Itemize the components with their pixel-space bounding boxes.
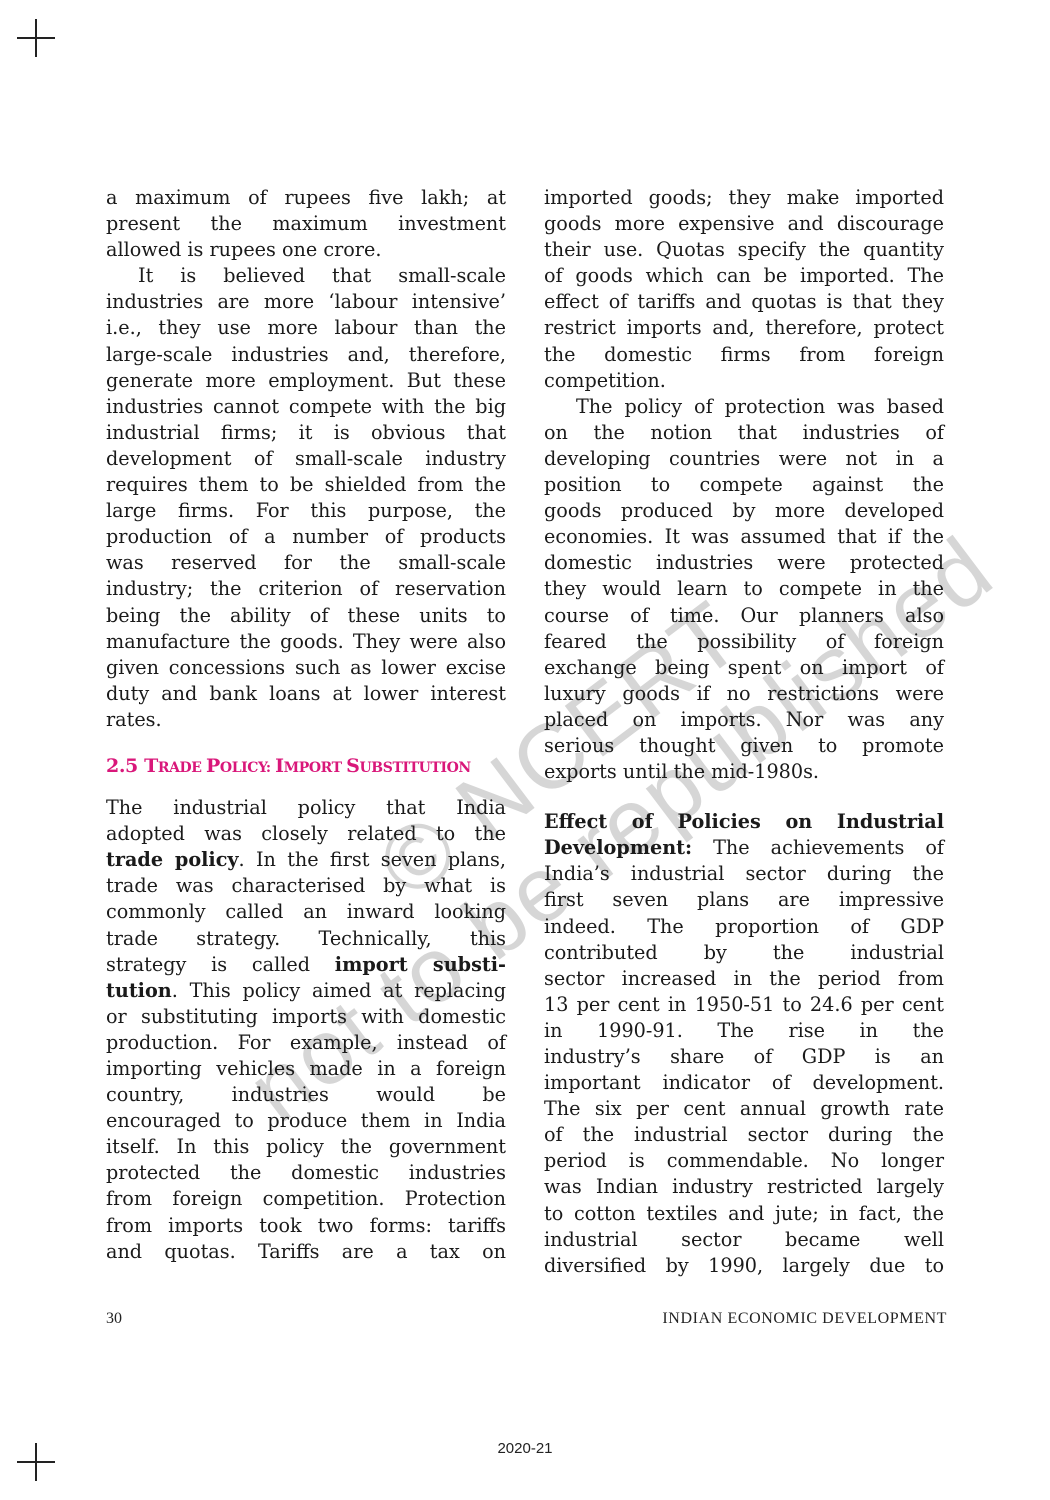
text-line: production of a number of products (106, 524, 506, 550)
paragraph-investment-limit: a maximum of rupees five lakh; at presen… (106, 185, 506, 263)
text-line: domestic industries were protected (544, 550, 944, 576)
heading-smallcaps: UBSTITUTION (360, 760, 471, 776)
text-line: important indicator of development. (544, 1070, 944, 1096)
text-line: The six per cent annual growth rate (544, 1096, 944, 1122)
text-line: generate more employment. But these (106, 368, 506, 394)
text-line: encouraged to produce them in India (106, 1108, 506, 1134)
text-line: Effect of Policies on Industrial (544, 809, 944, 835)
subheading-effect-of-policies: Effect of Policies on Industrial (544, 810, 944, 833)
text-line: requires them to be shielded from the (106, 472, 506, 498)
text-line: serious thought given to promote (544, 733, 944, 759)
text-line: indeed. The proportion of GDP (544, 914, 944, 940)
text-line: was reserved for the small-scale (106, 550, 506, 576)
text-line: goods more expensive and discourage (544, 211, 944, 237)
text-line: India’s industrial sector during the (544, 861, 944, 887)
text-line: exports until the mid-1980s. (544, 759, 944, 785)
text-line: their use. Quotas specify the quantity (544, 237, 944, 263)
text-line: The policy of protection was based (544, 394, 944, 420)
text-line: contributed by the industrial (544, 940, 944, 966)
text-line: present the maximum investment (106, 211, 506, 237)
text-line: industry’s share of GDP is an (544, 1044, 944, 1070)
text-line: and quotas. Tariffs are a tax on (106, 1239, 506, 1265)
text-line: large-scale industries and, therefore, (106, 342, 506, 368)
text-line: industries are more ‘labour intensive’ (106, 289, 506, 315)
text-line: was Indian industry restricted largely (544, 1174, 944, 1200)
text-line: the domestic firms from foreign (544, 342, 944, 368)
text-line: large firms. For this purpose, the (106, 498, 506, 524)
heading-initial: P (206, 755, 220, 777)
text-line: goods produced by more developed (544, 498, 944, 524)
text-line: position to compete against the (544, 472, 944, 498)
heading-initial: I (275, 755, 284, 777)
text-line: rates. (106, 707, 506, 733)
text-line: development of small-scale industry (106, 446, 506, 472)
text-line: a maximum of rupees five lakh; at (106, 185, 506, 211)
text-line: industrial sector became well (544, 1227, 944, 1253)
crop-mark-top-left-icon (17, 19, 55, 57)
text-line: 13 per cent in 1950-51 to 24.6 per cent (544, 992, 944, 1018)
paragraph-small-scale-industries: It is believed that small-scale industri… (106, 263, 506, 733)
text-line: trade strategy. Technically, this (106, 926, 506, 952)
heading-smallcaps: OLICY: (220, 760, 275, 776)
text-line: trade policy. In the first seven plans, (106, 847, 506, 873)
text-line: allowed is rupees one crore. (106, 237, 506, 263)
text-line: duty and bank loans at lower interest (106, 681, 506, 707)
text-line: imported goods; they make imported (544, 185, 944, 211)
text-line: restrict imports and, therefore, protect (544, 315, 944, 341)
text-line: luxury goods if no restrictions were (544, 681, 944, 707)
text-line: trade was characterised by what is (106, 873, 506, 899)
text-line: The industrial policy that India (106, 795, 506, 821)
text-line: placed on imports. Nor was any (544, 707, 944, 733)
text-line: of goods which can be imported. The (544, 263, 944, 289)
text-line: Development: The achievements of (544, 835, 944, 861)
heading-smallcaps: RADE (158, 760, 206, 776)
text-line: period is commendable. No longer (544, 1148, 944, 1174)
paragraph-tariffs-quotas: imported goods; they make imported goods… (544, 185, 944, 394)
text-line: in 1990-91. The rise in the (544, 1018, 944, 1044)
text-line: country, industries would be (106, 1082, 506, 1108)
page-number: 30 (106, 1310, 122, 1328)
text-line: strategy is called import substi- (106, 952, 506, 978)
text-line: sector increased in the period from (544, 966, 944, 992)
paragraph-effect-of-policies: Effect of Policies on Industrial Develop… (544, 809, 944, 1279)
text-line: adopted was closely related to the (106, 821, 506, 847)
paragraph-policy-of-protection: The policy of protection was based on th… (544, 394, 944, 785)
text-line: feared the possibility of foreign (544, 629, 944, 655)
paragraph-gap (544, 785, 944, 809)
text-line: effect of tariffs and quotas is that the… (544, 289, 944, 315)
subheading-development: Development: (544, 836, 692, 859)
running-footer-book-title: INDIAN ECONOMIC DEVELOPMENT (662, 1310, 947, 1328)
text-line: industrial firms; it is obvious that (106, 420, 506, 446)
text-line: It is believed that small-scale (106, 263, 506, 289)
text-line: production. For example, instead of (106, 1030, 506, 1056)
text-line: competition. (544, 368, 944, 394)
text-line: or substituting imports with domestic (106, 1004, 506, 1030)
text-line: industries cannot compete with the big (106, 394, 506, 420)
text-line: on the notion that industries of (544, 420, 944, 446)
heading-initial: T (144, 755, 158, 777)
text-line: itself. In this policy the government (106, 1134, 506, 1160)
text-line: commonly called an inward looking (106, 899, 506, 925)
text-line: developing countries were not in a (544, 446, 944, 472)
text-line: given concessions such as lower excise (106, 655, 506, 681)
text-line: being the ability of these units to (106, 603, 506, 629)
bold-term-trade-policy: trade policy (106, 848, 239, 871)
text-line: protected the domestic industries (106, 1160, 506, 1186)
section-number: 2.5 (106, 755, 138, 777)
text-line: importing vehicles made in a foreign (106, 1056, 506, 1082)
text-line: of the industrial sector during the (544, 1122, 944, 1148)
section-heading-2-5: 2.5 TRADE POLICY: IMPORT SUBSTITUTION (106, 753, 506, 781)
edition-year: 2020-21 (0, 1440, 1050, 1457)
text-line: i.e., they use more labour than the (106, 315, 506, 341)
text-line: manufacture the goods. They were also (106, 629, 506, 655)
text-line: to cotton textiles and jute; in fact, th… (544, 1201, 944, 1227)
paragraph-trade-policy: The industrial policy that India adopted… (106, 795, 506, 1265)
heading-initial: S (346, 755, 359, 777)
text-line: tution. This policy aimed at replacing (106, 978, 506, 1004)
right-column: imported goods; they make imported goods… (544, 185, 944, 1279)
text-line: from imports took two forms: tariffs (106, 1213, 506, 1239)
left-column: a maximum of rupees five lakh; at presen… (106, 185, 506, 1265)
text-line: exchange being spent on import of (544, 655, 944, 681)
text-line: from foreign competition. Protection (106, 1186, 506, 1212)
text-line: economies. It was assumed that if the (544, 524, 944, 550)
text-line: they would learn to compete in the (544, 576, 944, 602)
text-line: diversified by 1990, largely due to (544, 1253, 944, 1279)
bold-term-import-substitution-cont: tution (106, 979, 172, 1002)
text-line: industry; the criterion of reservation (106, 576, 506, 602)
bold-term-import-substitution: import substi- (335, 953, 506, 976)
heading-smallcaps: MPORT (284, 760, 347, 776)
text-line: first seven plans are impressive (544, 887, 944, 913)
text-line: course of time. Our planners also (544, 603, 944, 629)
